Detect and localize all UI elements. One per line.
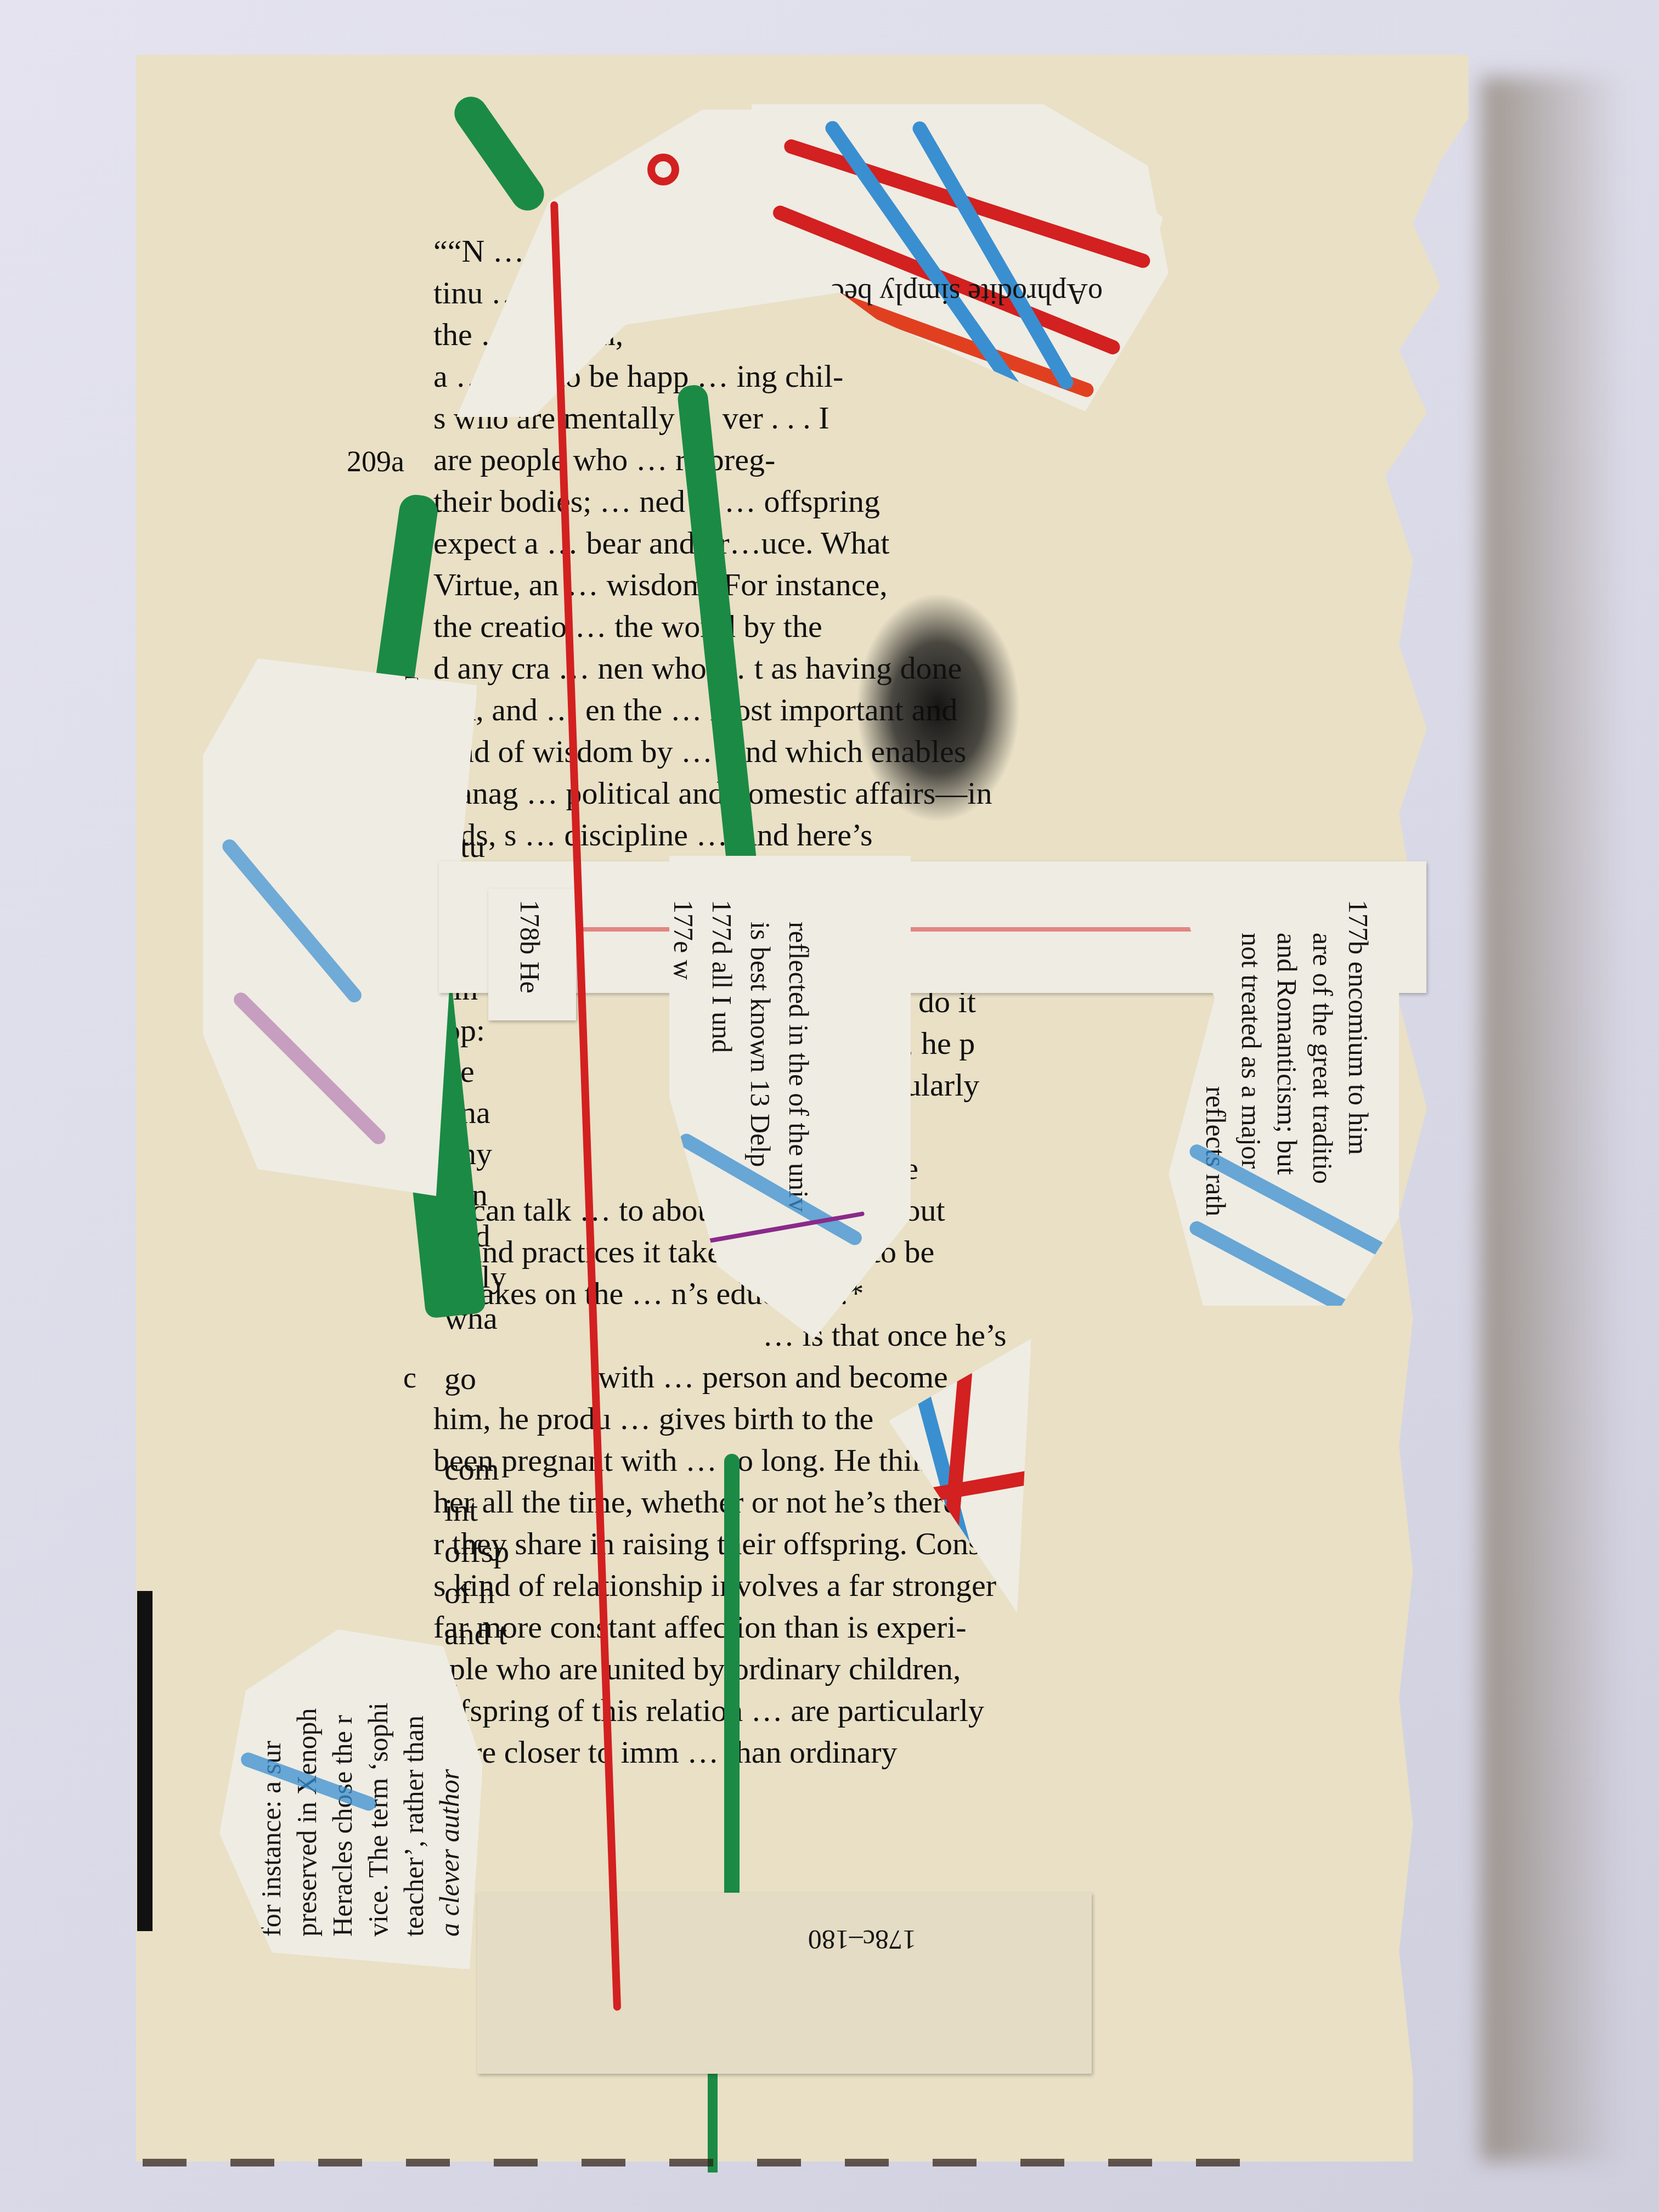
scrap-text: Heracles chose the r: [324, 1715, 361, 1937]
bottom-edge-marks: [143, 2159, 1240, 2166]
page-shadow: [1481, 77, 1624, 2162]
text-line: … is that once he’s: [433, 1314, 1300, 1356]
text-line: offspring of this relation … are particu…: [433, 1690, 1300, 1731]
scrap-text: preserved in Xenoph: [288, 1708, 325, 1937]
black-ink-smudge: [856, 592, 1020, 823]
text-line: the creatio … the world by the: [433, 606, 1300, 647]
blue-scribble: [219, 837, 364, 1006]
scrap-text: 177b encomium to him: [1340, 900, 1377, 1155]
green-ink-stroke: [724, 1454, 740, 1904]
text-line: s kind of relationship involves a far st…: [433, 1565, 1300, 1606]
scrap-bottom-rectangle: 178c–180: [477, 1893, 1092, 2074]
scrap-text: 177e w: [669, 900, 702, 980]
scrap-text: 177d all I und: [703, 900, 741, 1053]
scrap-text: a clever author: [431, 1769, 468, 1937]
left-fragment: and t: [444, 1613, 507, 1655]
purple-scribble: [231, 990, 388, 1147]
text-line: manag … political and domestic affairs—i…: [433, 772, 1300, 814]
text-line: far more constant affection than is expe…: [433, 1606, 1300, 1648]
scrap-text: 178b He: [511, 900, 549, 994]
left-fragment: int: [444, 1489, 478, 1531]
scrap-text: vice. The term ‘sophi: [359, 1702, 397, 1937]
text-line: ords, s … discipline … And here’s: [433, 814, 1300, 856]
text-line: ople who are united by ordinary children…: [433, 1648, 1300, 1690]
text-line: d are closer to imm … than ordinary: [433, 1731, 1300, 1773]
green-ink-stroke: [708, 2063, 718, 2172]
scrap-text: teacher’, rather than: [395, 1716, 432, 1937]
scrap-text: is best known 13 Delp: [742, 922, 779, 1167]
dark-edge-strip: [137, 1591, 153, 1931]
scrap-text: not treated as a major: [1233, 933, 1270, 1169]
text-line: with … person and become: [433, 1356, 1300, 1398]
scrap-text: are of the great traditio: [1304, 933, 1341, 1184]
text-line: r they share in raising their offspring.…: [433, 1523, 1300, 1565]
scrap-text: reflected in the of the univ: [780, 922, 817, 1212]
text-line: her all the time, whether or not he’s th…: [433, 1481, 1300, 1523]
margin-label-c: c: [403, 1361, 416, 1395]
text-line: him, he produ … gives birth to the: [433, 1398, 1300, 1440]
text-line: he takes on the … n’s education.*: [433, 1273, 1300, 1314]
margin-label-209a: 209a: [347, 444, 404, 478]
left-fragment: com: [444, 1448, 499, 1490]
left-fragment: go: [444, 1358, 476, 1400]
scrap-text: and Romanticism; but: [1268, 933, 1306, 1175]
red-ink-loop: [647, 154, 679, 185]
left-fragment: of h: [444, 1572, 495, 1613]
text-line: been pregnant with … so long. He thinks: [433, 1440, 1300, 1481]
scrap-text: 178c–180: [808, 1921, 916, 1959]
left-fragment: offsp: [444, 1531, 509, 1572]
scrap-right-hexagon: 177b encomium to him are of the great tr…: [1169, 867, 1399, 1306]
scrap-small-178b: 178b He: [488, 889, 576, 1020]
scrap-left-hexagon: means interpolation of: [203, 658, 477, 1196]
